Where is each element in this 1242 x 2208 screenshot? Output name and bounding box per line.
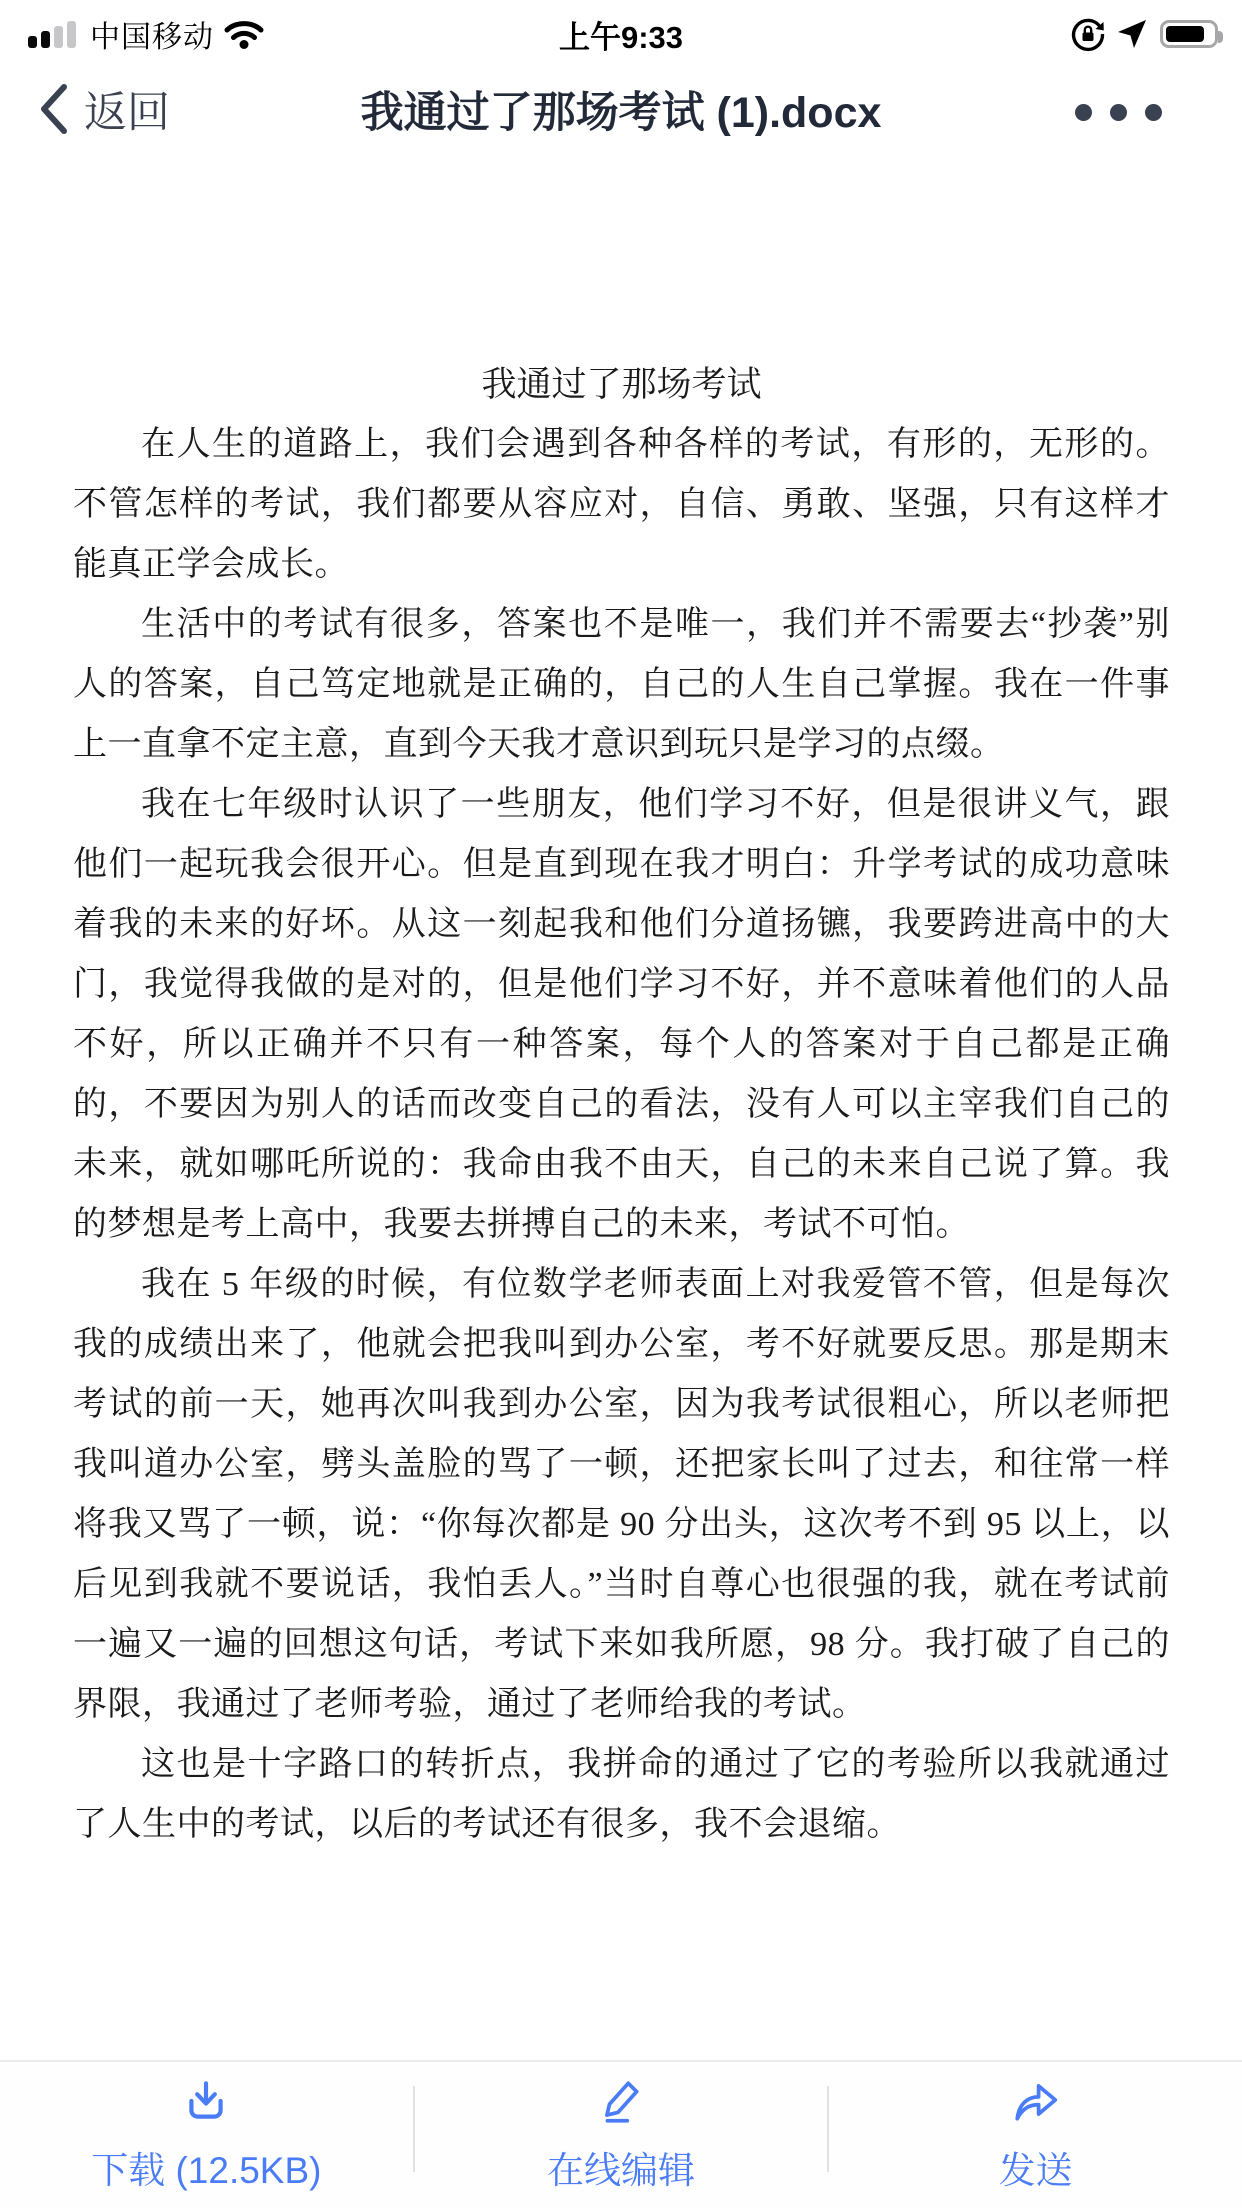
essay-title: 我通过了那场考试 xyxy=(73,355,1170,415)
status-bar: 中国移动 上午9:33 xyxy=(0,0,1242,58)
essay-paragraph: 这也是十字路口的转折点，我拼命的通过了它的考验所以我就通过了人生中的考试，以后的… xyxy=(73,1735,1170,1855)
file-title: 我通过了那场考试 (1).docx xyxy=(160,76,1082,142)
battery-icon xyxy=(1160,20,1218,48)
cellular-signal-icon xyxy=(28,20,76,48)
back-button[interactable]: 返回 xyxy=(38,76,170,142)
send-icon xyxy=(1011,2076,1061,2126)
back-chevron-icon xyxy=(38,83,68,135)
online-edit-button[interactable]: 在线编辑 xyxy=(415,2062,828,2208)
location-arrow-icon xyxy=(1116,18,1148,50)
document-scroll-area[interactable]: 我通过了那场考试 在人生的道路上，我们会遇到各种各样的考试，有形的，无形的。不管… xyxy=(73,355,1170,1855)
essay-paragraph: 我在 5 年级的时候，有位数学老师表面上对我爱管不管，但是每次我的成绩出来了，他… xyxy=(73,1255,1170,1735)
more-dots-icon xyxy=(1075,104,1092,121)
wifi-icon xyxy=(224,19,264,50)
send-button[interactable]: 发送 xyxy=(829,2062,1242,2208)
essay-paragraph: 我在七年级时认识了一些朋友，他们学习不好，但是很讲义气，跟他们一起玩我会很开心。… xyxy=(73,775,1170,1255)
nav-bar: 返回 我通过了那场考试 (1).docx xyxy=(0,58,1242,158)
bottom-toolbar: 下载 (12.5KB) 在线编辑 发送 xyxy=(0,2060,1242,2208)
orientation-lock-icon xyxy=(1070,16,1106,52)
essay-paragraph: 在人生的道路上，我们会遇到各种各样的考试，有形的，无形的。不管怎样的考试，我们都… xyxy=(73,415,1170,595)
back-label: 返回 xyxy=(84,79,170,140)
download-button[interactable]: 下载 (12.5KB) xyxy=(0,2062,413,2208)
send-label: 发送 xyxy=(999,2140,1073,2194)
online-edit-label: 在线编辑 xyxy=(547,2140,695,2194)
carrier-label: 中国移动 xyxy=(90,12,214,56)
more-button[interactable] xyxy=(1075,104,1162,121)
download-label: 下载 (12.5KB) xyxy=(91,2140,321,2194)
essay-paragraph: 生活中的考试有很多，答案也不是唯一，我们并不需要去“抄袭”别人的答案，自己笃定地… xyxy=(73,595,1170,775)
edit-icon xyxy=(596,2076,646,2126)
document-viewer-screen: 中国移动 上午9:33 xyxy=(0,0,1242,2208)
download-icon xyxy=(181,2076,231,2126)
